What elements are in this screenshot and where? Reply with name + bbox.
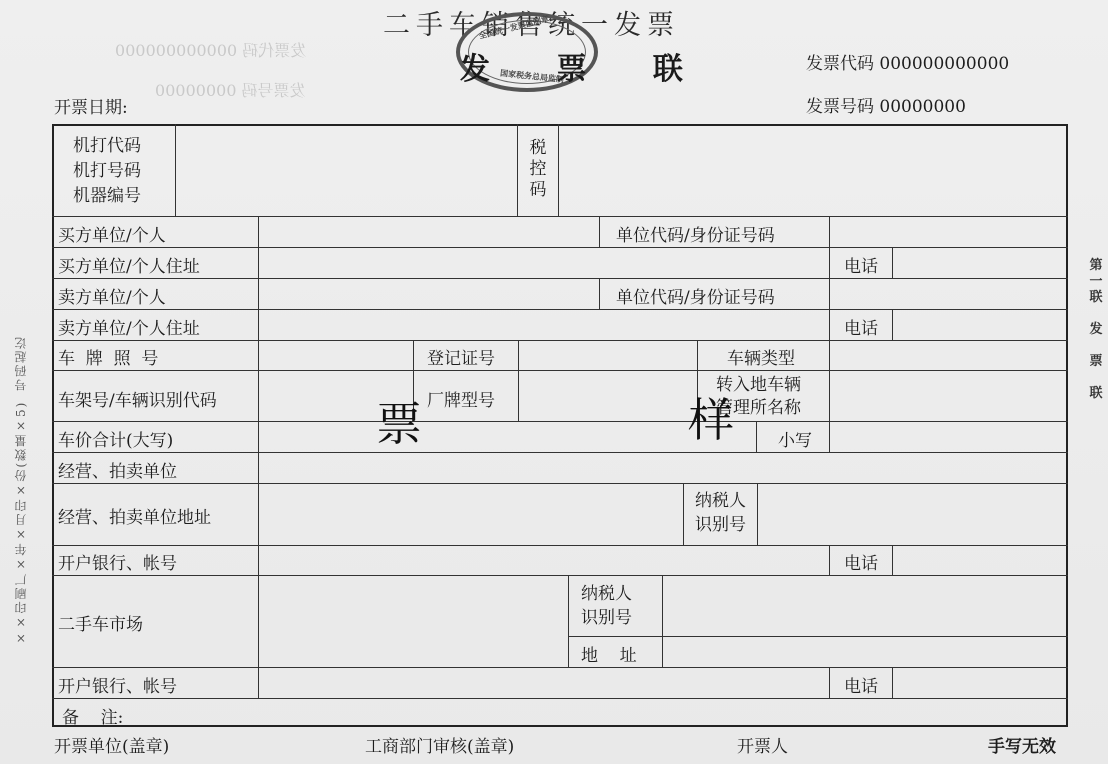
machine-code-field[interactable] xyxy=(178,126,515,214)
copy-spacer xyxy=(1087,338,1105,354)
dealer-taxpayer-id-line: 识别号 xyxy=(695,513,746,537)
col-line xyxy=(258,216,259,698)
copy-char: 一 xyxy=(1087,274,1105,290)
col-line xyxy=(599,278,600,309)
row-line xyxy=(52,667,1068,668)
row-line xyxy=(52,278,1068,279)
copy-char: 联 xyxy=(1087,386,1105,402)
market-name-field[interactable] xyxy=(261,577,566,666)
row-line xyxy=(52,698,1068,699)
ghost-bleed-text: 发票代码 000000000000 xyxy=(115,38,306,61)
market-phone-field[interactable] xyxy=(895,669,1066,697)
dealer-taxpayer-id-line: 纳税人 xyxy=(695,489,746,513)
market-taxpayer-id-label: 纳税人 识别号 xyxy=(581,582,632,630)
copy-spacer xyxy=(1087,306,1105,322)
col-line xyxy=(558,124,559,216)
issue-date-label: 开票日期: xyxy=(54,98,128,118)
footer-issuer: 开票人 xyxy=(737,732,788,757)
market-taxpayer-id-line: 识别号 xyxy=(581,606,632,630)
registration-field[interactable] xyxy=(521,342,695,369)
seller-name-label: 卖方单位/个人 xyxy=(58,283,166,308)
col-line xyxy=(829,545,830,575)
row-line xyxy=(52,370,1068,371)
dealer-bank-field[interactable] xyxy=(261,547,827,574)
machine-serial-label: 机器编号 xyxy=(73,184,141,209)
market-address-label: 地 址 xyxy=(581,641,637,666)
seller-address-label: 卖方单位/个人住址 xyxy=(58,314,200,339)
tax-control-char: 税 xyxy=(528,138,548,159)
col-line xyxy=(683,483,684,545)
row-line xyxy=(52,421,1068,422)
buyer-id-label: 单位代码/身份证号码 xyxy=(616,221,775,246)
dealer-name-label: 经营、拍卖单位 xyxy=(58,457,177,482)
invoice-number: 发票号码 00000000 xyxy=(806,92,966,117)
copy-char: 联 xyxy=(1087,290,1105,306)
seller-id-label: 单位代码/身份证号码 xyxy=(616,283,775,308)
invoice-code-value: 000000000000 xyxy=(879,54,1009,74)
market-taxpayer-id-field[interactable] xyxy=(665,577,1066,635)
row-line xyxy=(52,575,1068,576)
machine-number-label: 机打号码 xyxy=(73,159,141,184)
buyer-address-label: 买方单位/个人住址 xyxy=(58,252,200,277)
col-line xyxy=(517,124,518,216)
col-line xyxy=(175,124,176,216)
buyer-name-field[interactable] xyxy=(261,218,597,246)
seller-id-field[interactable] xyxy=(832,280,1066,308)
row-line xyxy=(52,483,1068,484)
market-bank-field[interactable] xyxy=(261,669,827,697)
seller-address-field[interactable] xyxy=(261,311,827,339)
col-line xyxy=(599,216,600,247)
col-line xyxy=(829,667,830,698)
market-name-label: 二手车市场 xyxy=(58,610,143,635)
ghost-bleed-text: 发票号码 00000000 xyxy=(155,78,306,101)
dealer-bank-label: 开户银行、帐号 xyxy=(58,549,177,574)
transfer-office-field[interactable] xyxy=(832,372,1066,420)
invoice-number-label: 发票号码 xyxy=(806,97,874,117)
copy-char: 第 xyxy=(1087,258,1105,274)
dealer-phone-field[interactable] xyxy=(895,547,1066,574)
watermark-piao: 票 xyxy=(376,388,422,454)
buyer-phone-label: 电话 xyxy=(844,252,878,277)
total-uppercase-label: 车价合计(大写) xyxy=(58,426,173,451)
row-line xyxy=(52,247,1068,248)
total-lowercase-label: 小写 xyxy=(778,426,812,451)
copy-char: 发 xyxy=(1087,322,1105,338)
dealer-taxpayer-id-label: 纳税人 识别号 xyxy=(695,489,746,537)
market-taxpayer-id-line: 纳税人 xyxy=(581,582,632,606)
machine-code-label: 机打代码 xyxy=(73,134,141,159)
buyer-phone-field[interactable] xyxy=(895,249,1066,277)
col-line xyxy=(757,483,758,545)
col-line xyxy=(892,247,893,278)
print-note: ××印刷厂×年×月印×份(数量×5) 号码起讫 xyxy=(12,335,34,646)
total-lowercase-field[interactable] xyxy=(832,423,1066,451)
seller-phone-field[interactable] xyxy=(895,311,1066,339)
dealer-phone-label: 电话 xyxy=(844,549,878,574)
remarks-field[interactable] xyxy=(160,700,1066,725)
seller-name-field[interactable] xyxy=(261,280,597,308)
brand-model-label: 厂牌型号 xyxy=(427,386,495,411)
vehicle-type-field[interactable] xyxy=(832,342,1066,369)
seller-phone-label: 电话 xyxy=(844,314,878,339)
copy-spacer xyxy=(1087,370,1105,386)
row-line xyxy=(52,452,1068,453)
col-line xyxy=(568,575,569,667)
footer-issuer-unit: 开票单位(盖章) xyxy=(54,732,169,757)
watermark-yang: 样 xyxy=(688,384,734,450)
col-line xyxy=(892,667,893,698)
col-line xyxy=(892,309,893,340)
col-line xyxy=(829,247,830,278)
total-uppercase-field[interactable] xyxy=(261,423,754,451)
dealer-taxpayer-id-field[interactable] xyxy=(760,485,1066,544)
vehicle-type-label: 车辆类型 xyxy=(727,344,795,369)
col-line xyxy=(518,340,519,421)
tax-control-char: 码 xyxy=(528,180,548,201)
invoice-code: 发票代码 000000000000 xyxy=(806,49,1009,74)
col-line xyxy=(829,340,830,452)
invoice-code-label: 发票代码 xyxy=(806,54,874,74)
col-line xyxy=(892,545,893,575)
tax-control-char: 控 xyxy=(528,159,548,180)
buyer-id-field[interactable] xyxy=(832,218,1066,246)
brand-model-field[interactable] xyxy=(521,372,695,420)
buyer-name-label: 买方单位/个人 xyxy=(58,221,166,246)
col-line xyxy=(662,575,663,667)
plate-number-label: 车 牌 照 号 xyxy=(58,344,158,369)
row-line xyxy=(568,636,1068,637)
row-line xyxy=(52,545,1068,546)
dealer-name-field[interactable] xyxy=(261,454,1066,482)
invoice-number-value: 00000000 xyxy=(879,97,966,117)
row-line xyxy=(52,340,1068,341)
vin-label: 车架号/车辆识别代码 xyxy=(58,386,217,411)
market-address-field[interactable] xyxy=(665,638,1066,666)
copy-char: 票 xyxy=(1087,354,1105,370)
market-phone-label: 电话 xyxy=(844,672,878,697)
machine-code-labels: 机打代码 机打号码 机器编号 xyxy=(73,134,141,209)
remarks-label: 备 注: xyxy=(62,703,123,728)
copy-indicator: 第 一 联 发 票 联 xyxy=(1087,258,1105,402)
plate-number-field[interactable] xyxy=(261,342,411,369)
invoice-page: 发票代码 000000000000 发票号码 00000000 二手车销售统一发… xyxy=(0,0,1108,764)
tax-control-code-label: 税 控 码 xyxy=(528,138,548,201)
dealer-address-field[interactable] xyxy=(261,485,681,544)
dealer-address-label: 经营、拍卖单位地址 xyxy=(58,503,211,528)
col-line xyxy=(829,309,830,340)
buyer-address-field[interactable] xyxy=(261,249,827,277)
tax-control-code-field[interactable] xyxy=(561,126,1066,214)
col-line xyxy=(829,278,830,309)
row-line xyxy=(52,216,1068,217)
copy-name: 发 票 联 xyxy=(460,44,711,88)
issue-date: 开票日期: xyxy=(54,93,128,118)
footer-commerce-review: 工商部门审核(盖章) xyxy=(365,732,514,757)
footer-handwritten-invalid: 手写无效 xyxy=(988,732,1056,757)
col-line xyxy=(829,216,830,247)
row-line xyxy=(52,309,1068,310)
col-line xyxy=(756,421,757,452)
registration-label: 登记证号 xyxy=(427,344,495,369)
market-bank-label: 开户银行、帐号 xyxy=(58,672,177,697)
